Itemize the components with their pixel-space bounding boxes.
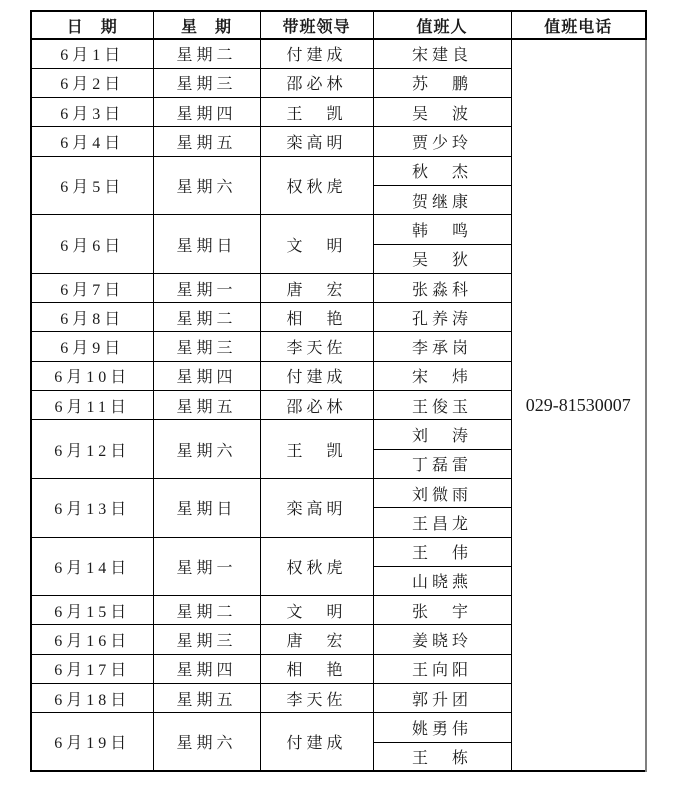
header-weekday: 星 期: [153, 11, 260, 39]
header-row: 日 期 星 期 带班领导 值班人 值班电话: [31, 11, 646, 39]
duty-person-cell: 宋 炜: [373, 361, 511, 390]
duty-person-cell: 韩 鸣: [373, 215, 511, 244]
duty-person-cell: 姜晓玲: [373, 625, 511, 654]
duty-person-cell: 王俊玉: [373, 391, 511, 420]
header-duty-phone: 值班电话: [511, 11, 646, 39]
header-duty-person: 值班人: [373, 11, 511, 39]
table-row: 6月1日星期二付建成宋建良029-81530007: [31, 39, 646, 68]
leader-cell: 唐 宏: [260, 273, 373, 302]
header-date: 日 期: [31, 11, 153, 39]
duty-person-cell: 秋 杰: [373, 156, 511, 185]
duty-person-cell: 孔养涛: [373, 303, 511, 332]
duty-person-cell: 张 宇: [373, 596, 511, 625]
weekday-cell: 星期五: [153, 127, 260, 156]
duty-person-cell: 刘 涛: [373, 420, 511, 449]
duty-person-cell: 山晓燕: [373, 566, 511, 595]
weekday-cell: 星期一: [153, 273, 260, 302]
leader-cell: 文 明: [260, 596, 373, 625]
date-cell: 6月9日: [31, 332, 153, 361]
weekday-cell: 星期三: [153, 68, 260, 97]
weekday-cell: 星期五: [153, 391, 260, 420]
duty-person-cell: 王向阳: [373, 654, 511, 683]
duty-person-cell: 李承岗: [373, 332, 511, 361]
duty-person-cell: 姚勇伟: [373, 713, 511, 742]
duty-person-cell: 宋建良: [373, 39, 511, 68]
leader-cell: 文 明: [260, 215, 373, 274]
leader-cell: 王 凯: [260, 98, 373, 127]
leader-cell: 李天佐: [260, 684, 373, 713]
table-body: 6月1日星期二付建成宋建良029-815300076月2日星期三邵必林苏 鹏6月…: [31, 39, 646, 771]
leader-cell: 相 艳: [260, 303, 373, 332]
duty-person-cell: 贺继康: [373, 185, 511, 214]
leader-cell: 权秋虎: [260, 537, 373, 596]
leader-cell: 李天佐: [260, 332, 373, 361]
duty-person-cell: 刘微雨: [373, 478, 511, 507]
weekday-cell: 星期日: [153, 478, 260, 537]
date-cell: 6月13日: [31, 478, 153, 537]
duty-person-cell: 贾少玲: [373, 127, 511, 156]
duty-person-cell: 张淼科: [373, 273, 511, 302]
duty-person-cell: 吴 波: [373, 98, 511, 127]
weekday-cell: 星期二: [153, 303, 260, 332]
date-cell: 6月4日: [31, 127, 153, 156]
duty-person-cell: 郭升团: [373, 684, 511, 713]
duty-person-cell: 王昌龙: [373, 508, 511, 537]
date-cell: 6月6日: [31, 215, 153, 274]
date-cell: 6月8日: [31, 303, 153, 332]
weekday-cell: 星期五: [153, 684, 260, 713]
weekday-cell: 星期六: [153, 420, 260, 479]
leader-cell: 栾高明: [260, 127, 373, 156]
phone-cell: 029-81530007: [511, 39, 646, 771]
date-cell: 6月19日: [31, 713, 153, 772]
date-cell: 6月1日: [31, 39, 153, 68]
date-cell: 6月11日: [31, 391, 153, 420]
weekday-cell: 星期三: [153, 625, 260, 654]
weekday-cell: 星期日: [153, 215, 260, 274]
date-cell: 6月5日: [31, 156, 153, 215]
leader-cell: 邵必林: [260, 391, 373, 420]
weekday-cell: 星期六: [153, 713, 260, 772]
leader-cell: 付建成: [260, 713, 373, 772]
date-cell: 6月2日: [31, 68, 153, 97]
weekday-cell: 星期三: [153, 332, 260, 361]
weekday-cell: 星期四: [153, 98, 260, 127]
date-cell: 6月3日: [31, 98, 153, 127]
duty-roster-table: 日 期 星 期 带班领导 值班人 值班电话 6月1日星期二付建成宋建良029-8…: [30, 10, 647, 772]
duty-person-cell: 丁磊雷: [373, 449, 511, 478]
leader-cell: 唐 宏: [260, 625, 373, 654]
header-leader: 带班领导: [260, 11, 373, 39]
date-cell: 6月18日: [31, 684, 153, 713]
weekday-cell: 星期四: [153, 361, 260, 390]
weekday-cell: 星期二: [153, 39, 260, 68]
leader-cell: 付建成: [260, 361, 373, 390]
table-header: 日 期 星 期 带班领导 值班人 值班电话: [31, 11, 646, 39]
date-cell: 6月14日: [31, 537, 153, 596]
duty-person-cell: 苏 鹏: [373, 68, 511, 97]
weekday-cell: 星期四: [153, 654, 260, 683]
duty-person-cell: 吴 狄: [373, 244, 511, 273]
date-cell: 6月16日: [31, 625, 153, 654]
date-cell: 6月17日: [31, 654, 153, 683]
leader-cell: 栾高明: [260, 478, 373, 537]
duty-person-cell: 王 伟: [373, 537, 511, 566]
leader-cell: 权秋虎: [260, 156, 373, 215]
date-cell: 6月12日: [31, 420, 153, 479]
date-cell: 6月15日: [31, 596, 153, 625]
leader-cell: 王 凯: [260, 420, 373, 479]
date-cell: 6月7日: [31, 273, 153, 302]
leader-cell: 邵必林: [260, 68, 373, 97]
weekday-cell: 星期六: [153, 156, 260, 215]
weekday-cell: 星期二: [153, 596, 260, 625]
leader-cell: 相 艳: [260, 654, 373, 683]
date-cell: 6月10日: [31, 361, 153, 390]
leader-cell: 付建成: [260, 39, 373, 68]
weekday-cell: 星期一: [153, 537, 260, 596]
duty-person-cell: 王 栋: [373, 742, 511, 771]
document-page: 日 期 星 期 带班领导 值班人 值班电话 6月1日星期二付建成宋建良029-8…: [0, 0, 675, 789]
